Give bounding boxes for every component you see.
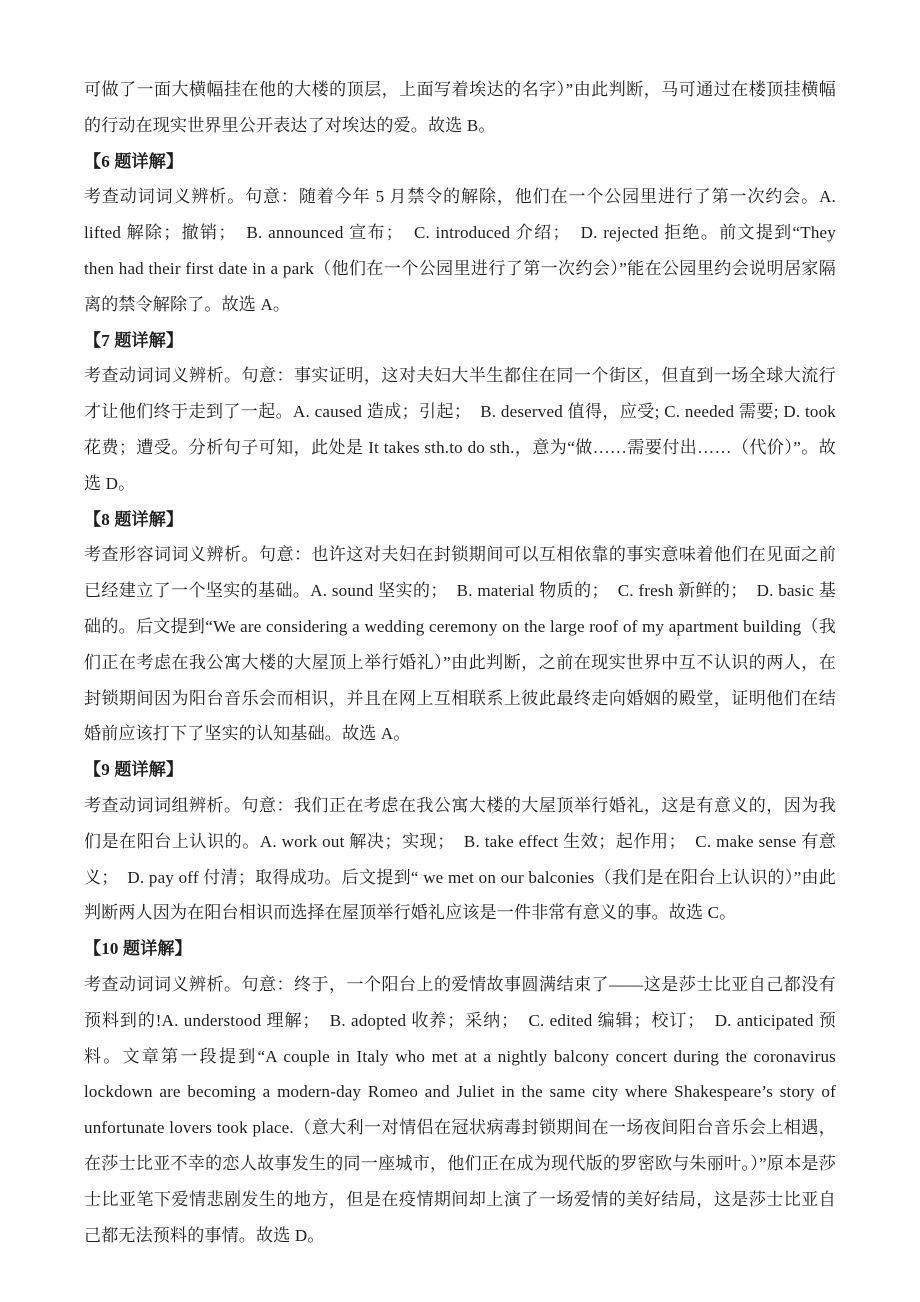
section-q8-body: 考查形容词词义辨析。句意：也许这对夫妇在封锁期间可以互相依靠的事实意味着他们在见…	[84, 537, 836, 752]
section-q7: 【7 题详解】 考查动词词义辨析。句意：事实证明，这对夫妇大半生都住在同一个街区…	[84, 323, 836, 502]
section-q7-heading: 【7 题详解】	[84, 323, 836, 359]
document-body: 可做了一面大横幅挂在他的大楼的顶层，上面写着埃达的名字）”由此判断，马可通过在楼…	[84, 72, 836, 1253]
section-q9: 【9 题详解】 考查动词词组辨析。句意：我们正在考虑在我公寓大楼的大屋顶举行婚礼…	[84, 752, 836, 931]
section-q9-body: 考查动词词组辨析。句意：我们正在考虑在我公寓大楼的大屋顶举行婚礼，这是有意义的，…	[84, 788, 836, 931]
section-q6-heading: 【6 题详解】	[84, 144, 836, 180]
section-q7-body: 考查动词词义辨析。句意：事实证明，这对夫妇大半生都住在同一个街区，但直到一场全球…	[84, 358, 836, 501]
section-q10-heading: 【10 题详解】	[84, 931, 836, 967]
section-q10: 【10 题详解】 考查动词词义辨析。句意：终于，一个阳台上的爱情故事圆满结束了—…	[84, 931, 836, 1253]
document-page: 可做了一面大横幅挂在他的大楼的顶层，上面写着埃达的名字）”由此判断，马可通过在楼…	[0, 0, 920, 1302]
continuation-paragraph: 可做了一面大横幅挂在他的大楼的顶层，上面写着埃达的名字）”由此判断，马可通过在楼…	[84, 72, 836, 144]
section-q6: 【6 题详解】 考查动词词义辨析。句意：随着今年 5 月禁令的解除，他们在一个公…	[84, 144, 836, 323]
section-q6-body: 考查动词词义辨析。句意：随着今年 5 月禁令的解除，他们在一个公园里进行了第一次…	[84, 179, 836, 322]
section-q8-heading: 【8 题详解】	[84, 502, 836, 538]
section-q9-heading: 【9 题详解】	[84, 752, 836, 788]
section-q8: 【8 题详解】 考查形容词词义辨析。句意：也许这对夫妇在封锁期间可以互相依靠的事…	[84, 502, 836, 753]
section-q10-body: 考查动词词义辨析。句意：终于，一个阳台上的爱情故事圆满结束了——这是莎士比亚自己…	[84, 967, 836, 1253]
